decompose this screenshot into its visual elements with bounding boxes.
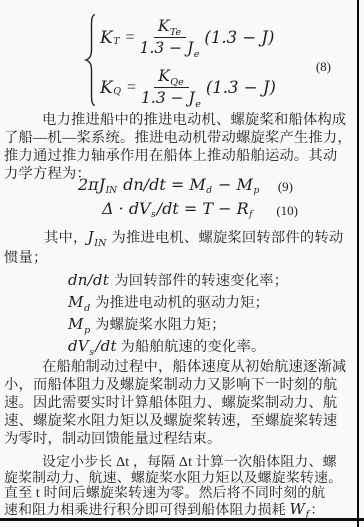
je-subscript: e xyxy=(194,49,200,60)
definition-text: 为螺旋桨水阻力矩； xyxy=(91,317,225,333)
jin-subscript: IN xyxy=(94,238,106,249)
den-expression: 1.3 − J xyxy=(141,89,195,107)
equation-number-10: (10) xyxy=(276,201,298,221)
text-line: 在船舶制动过程中，船体速度从初始航速逐渐减 xyxy=(4,358,355,376)
jin-symbol: J xyxy=(88,228,94,246)
text-line: 了船—机—桨系统。推进电动机带动螺旋桨产生推力， xyxy=(4,129,355,147)
definition-dndt: dn/dt 为回转部件的转速变化率； xyxy=(4,269,355,291)
definition-text: 为回转部件的转速变化率； xyxy=(110,273,288,289)
md-subscript: d xyxy=(84,303,90,314)
fraction-numerator: KTe xyxy=(154,17,186,38)
kte-subscript: Te xyxy=(170,27,181,38)
definition-text: 为推进电动机的驱动力矩； xyxy=(91,295,269,311)
dndt-symbol: dn/dt xyxy=(68,271,109,289)
equation-8-row-kq: KQ = KQe 1.3 − Je (1.3 − J) xyxy=(100,67,276,108)
kt-tail-factor: (1.3 − J) xyxy=(204,28,274,47)
defs-intro-pre: 其中， xyxy=(44,230,88,246)
defs-intro-line-1: 其中，JIN 为推进电机、螺旋桨回转部件的转动 xyxy=(4,227,355,248)
definition-text: 为船舶航速的变化率。 xyxy=(117,339,266,355)
left-brace-icon xyxy=(84,13,96,112)
kq-symbol: K xyxy=(100,78,113,98)
equation-number-8: (8) xyxy=(316,59,331,75)
fraction-kq: KQe 1.3 − Je xyxy=(141,67,202,108)
mp-subscript: p xyxy=(253,186,259,196)
kte-symbol: K xyxy=(158,17,170,35)
eq10-term: /dt = T − R xyxy=(157,199,249,218)
wf-line-pre: 速和阻力相乘进行积分即可得到船体阻力损耗 xyxy=(4,503,290,518)
scanned-paper-page: KT = KTe 1.3 − Je (1.3 − J) KQ = KQe 1.3… xyxy=(0,0,364,527)
paragraph-braking-process: 在船舶制动过程中，船体速度从初始航速逐渐减 小，而船体阻力及螺旋桨制动力又影响下… xyxy=(4,358,355,448)
definition-mp: Mp 为螺旋桨水阻力矩； xyxy=(4,313,355,335)
paragraph-propulsion-system: 电力推进船中的推进电动机、螺旋桨和船体构成 了船—机—桨系统。推进电动机带动螺旋… xyxy=(4,111,355,183)
dt-symbol: /dt xyxy=(95,337,116,355)
kq-tail-factor: (1.3 − J) xyxy=(206,78,276,97)
kq-subscript: Q xyxy=(113,86,121,97)
vs-subscript: s xyxy=(151,210,156,220)
text-line-wf: 速和阻力相乘进行积分即可得到船体阻力损耗 Wf： xyxy=(4,502,355,518)
fraction-denominator: 1.3 − Je xyxy=(140,38,201,58)
definition-md: Md 为推进电动机的驱动力矩； xyxy=(4,291,355,313)
defs-intro-line-2: 惯量； xyxy=(4,248,355,269)
equals-sign: = xyxy=(127,79,136,97)
page-bottom-border xyxy=(0,518,364,521)
text-line: 速、螺旋桨水阻力矩以及螺旋桨转速，至螺旋桨转速 xyxy=(4,412,355,430)
fraction-kt: KTe 1.3 − Je xyxy=(140,17,201,58)
eq9-term: − M xyxy=(213,175,253,194)
text-line: 电力推进船中的推进电动机、螺旋桨和船体构成 xyxy=(4,111,355,129)
equation-8-row-kt: KT = KTe 1.3 − Je (1.3 − J) xyxy=(100,17,276,58)
wf-line-post: ： xyxy=(310,503,324,518)
wf-symbol: W xyxy=(290,500,306,518)
text-line: 旋桨制动力、航速、螺旋桨水阻力矩以及螺旋桨转速。 xyxy=(4,471,355,487)
text-line: 为零时，制动回馈能量过程结束。 xyxy=(4,430,355,448)
equals-sign: = xyxy=(126,29,135,47)
rf-subscript: f xyxy=(249,210,252,220)
kt-subscript: T xyxy=(113,36,119,47)
kqe-symbol: K xyxy=(158,67,170,85)
equation-8-block: KT = KTe 1.3 − Je (1.3 − J) KQ = KQe 1.3… xyxy=(0,13,364,109)
defs-intro-post: 为推进电机、螺旋桨回转部件的转动 xyxy=(108,230,344,246)
text-line: 速。因此需要实时计算船体阻力、螺旋桨制动力、航 xyxy=(4,394,355,412)
eq10-term: Δ · dV xyxy=(102,199,151,218)
text-line: 设定小步长 Δt ，每隔 Δt 计算一次船体阻力、螺 xyxy=(4,455,355,471)
definition-dvsdt: dVs/dt 为船舶航速的变化率。 xyxy=(4,335,355,357)
eq9-term: dn/dt = M xyxy=(118,175,206,194)
vs-subscript: s xyxy=(89,347,94,358)
paragraph-timestep-method: 设定小步长 Δt ，每隔 Δt 计算一次船体阻力、螺 旋桨制动力、航速、螺旋桨水… xyxy=(4,455,355,517)
dvs-symbol: dV xyxy=(68,337,89,355)
je-subscript: e xyxy=(195,99,201,110)
equation-10: Δ · dVs/dt = T − Rf (10) xyxy=(0,199,364,219)
page-right-border xyxy=(357,0,359,527)
md-symbol: M xyxy=(68,293,84,311)
variable-definitions: 其中，JIN 为推进电机、螺旋桨回转部件的转动 惯量； dn/dt 为回转部件的… xyxy=(4,227,355,357)
fraction-denominator: 1.3 − Je xyxy=(141,88,202,108)
text-line: 推力通过推力轴承作用在船体上推动船舶运动。其动 xyxy=(4,147,355,165)
equation-9: 2πJIN dn/dt = Md − Mp (9) xyxy=(0,175,364,195)
den-expression: 1.3 − J xyxy=(140,39,194,57)
fraction-numerator: KQe xyxy=(154,67,189,88)
equation-number-9: (9) xyxy=(278,177,293,197)
jin-subscript: IN xyxy=(106,186,117,196)
kt-symbol: K xyxy=(100,28,113,48)
mp-symbol: M xyxy=(68,315,84,333)
text-line: 小，而船体阻力及螺旋桨制动力又影响下一时刻的航 xyxy=(4,376,355,394)
mp-subscript: p xyxy=(84,325,90,336)
eq9-term: 2πJ xyxy=(78,175,105,194)
kqe-subscript: Qe xyxy=(170,77,183,88)
md-subscript: d xyxy=(206,186,212,196)
